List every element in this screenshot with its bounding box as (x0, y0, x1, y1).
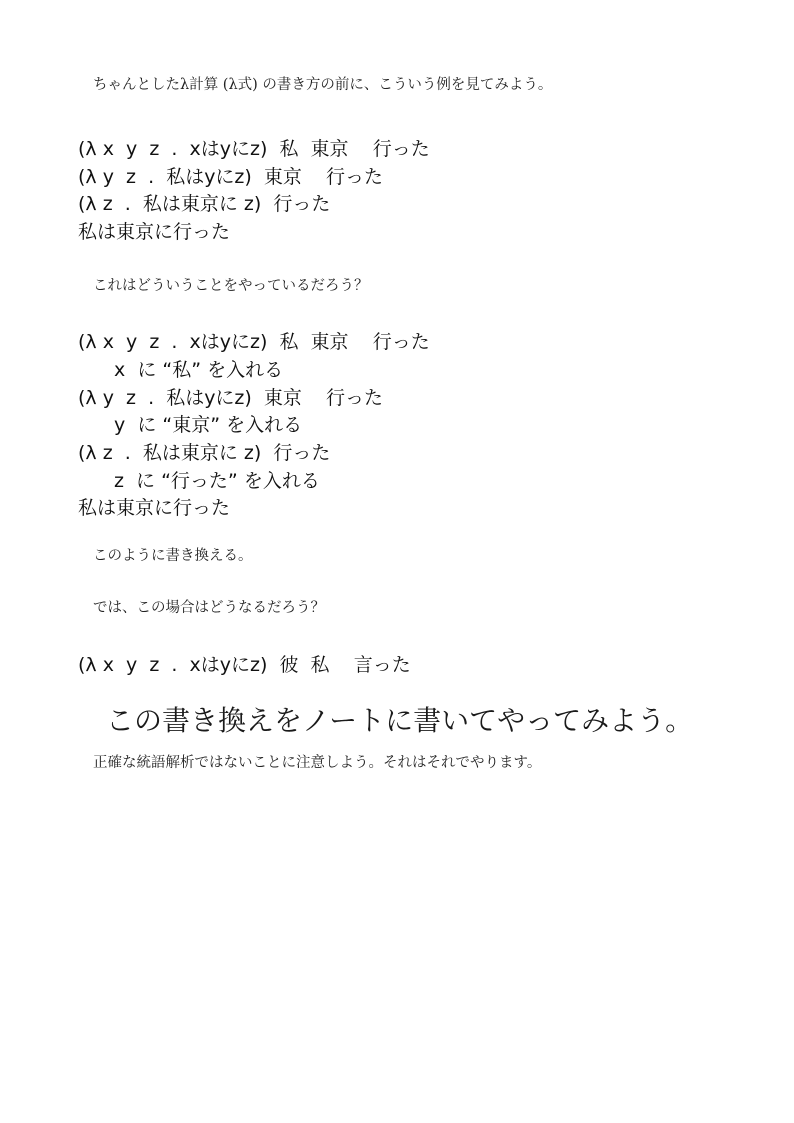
reduction-result: 私は東京に行った (78, 499, 230, 518)
reduction-result: 私は東京に行った (78, 223, 230, 242)
intro-text: ちゃんとしたλ計算 (λ式) の書き方の前に、こういう例を見てみよう。 (93, 78, 552, 93)
substitution-note: x に “私” を入れる (114, 361, 283, 380)
question-text: これはどういうことをやっているだろう？ (93, 279, 369, 294)
reduction-step: (λ z . 私は東京に z) 行った (78, 195, 330, 214)
substitution-note: z に “行った” を入れる (114, 472, 320, 491)
caveat-text: 正確な統語解析ではないことに注意しよう。それはそれでやります。 (93, 756, 541, 771)
substitution-note: y に “東京” を入れる (114, 416, 302, 435)
exercise-expression: (λ x y z . xはyにz) 彼 私 言った (78, 656, 411, 675)
reduction-step: (λ y z . 私はyにz) 東京 行った (78, 389, 383, 408)
reduction-step: (λ x y z . xはyにz) 私 東京 行った (78, 140, 430, 159)
instruction-heading: この書き換えをノートに書いてやってみよう。 (106, 707, 693, 735)
reduction-step: (λ y z . 私はyにz) 東京 行った (78, 168, 383, 187)
summary-text: このように書き換える。 (93, 549, 253, 564)
question-text: では、この場合はどうなるだろう？ (93, 601, 325, 616)
reduction-step: (λ x y z . xはyにz) 私 東京 行った (78, 333, 430, 352)
reduction-step: (λ z . 私は東京に z) 行った (78, 444, 330, 463)
